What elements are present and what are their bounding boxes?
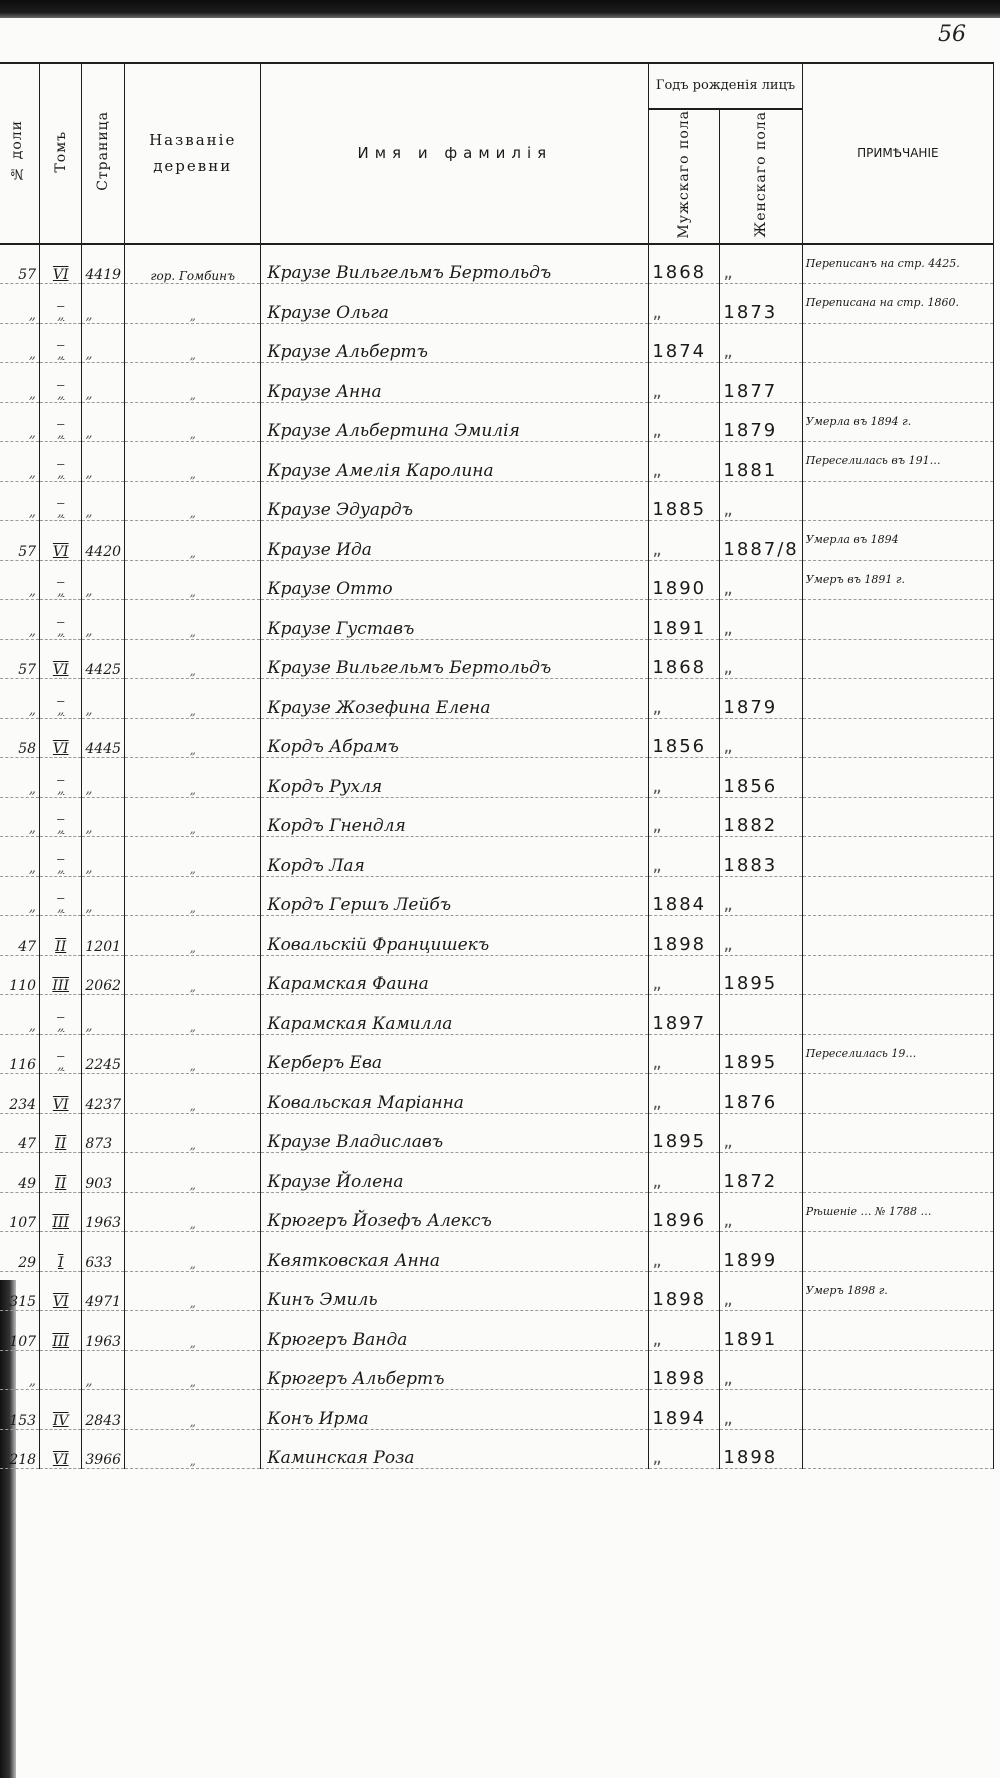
cell-notes [802, 837, 993, 877]
cell-female-birth-year: „ [720, 323, 802, 363]
cell-person-name: Кордъ Рухля [261, 758, 649, 798]
cell-village: „ [125, 1271, 261, 1311]
cell-male-birth-year: „ [649, 1429, 720, 1469]
cell-volume: „ [40, 1034, 82, 1074]
table-row: 234VI4237„Ковальская Маріанна„1876 [0, 1074, 994, 1114]
cell-village: „ [125, 560, 261, 600]
cell-village: „ [125, 1429, 261, 1469]
scan-top-edge [0, 0, 1000, 18]
cell-female-birth-year: 1879 [720, 402, 802, 442]
cell-person-name: Краузе Отто [261, 560, 649, 600]
table-row: „„„„Кордъ Рухля„1856 [0, 758, 994, 798]
cell-page: „ [82, 995, 125, 1035]
cell-notes [802, 1232, 993, 1272]
cell-female-birth-year: 1887/8 [720, 521, 802, 561]
cell-village: гор. Гомбинъ [125, 244, 261, 284]
table-row: 29I633„Квятковская Анна„1899 [0, 1232, 994, 1272]
cell-village: „ [125, 1311, 261, 1351]
cell-notes: Умерла въ 1894 г. [802, 402, 993, 442]
cell-female-birth-year: 1872 [720, 1153, 802, 1193]
cell-village: „ [125, 758, 261, 798]
cell-male-birth-year: „ [649, 797, 720, 837]
cell-volume: II [40, 1113, 82, 1153]
cell-notes: Умеръ въ 1891 г. [802, 560, 993, 600]
cell-volume: „ [40, 284, 82, 324]
cell-village: „ [125, 1192, 261, 1232]
cell-volume: II [40, 916, 82, 956]
header-page: Страница [82, 63, 125, 244]
cell-page: 873 [82, 1113, 125, 1153]
cell-female-birth-year: „ [720, 718, 802, 758]
cell-notes [802, 1350, 993, 1390]
cell-village: „ [125, 1153, 261, 1193]
cell-row-number: „ [0, 679, 40, 719]
cell-notes [802, 876, 993, 916]
cell-person-name: Краузе Ольга [261, 284, 649, 324]
header-village: Названіе деревни [125, 63, 261, 244]
cell-village: „ [125, 639, 261, 679]
cell-notes [802, 1390, 993, 1430]
table-row: 57VI4420„Краузе Ида„1887/8Умерла въ 1894 [0, 521, 994, 561]
cell-row-number: „ [0, 758, 40, 798]
cell-page: 633 [82, 1232, 125, 1272]
table-row: „„„„Краузе Ольга„1873Переписана на стр. … [0, 284, 994, 324]
cell-volume: „ [40, 323, 82, 363]
cell-person-name: Краузе Амелія Каролина [261, 442, 649, 482]
cell-female-birth-year: 1873 [720, 284, 802, 324]
cell-person-name: Кордъ Гершъ Лейбъ [261, 876, 649, 916]
register-table: № доли Томъ Страница Названіе деревни Им… [0, 62, 994, 1469]
cell-page: „ [82, 323, 125, 363]
cell-female-birth-year [720, 995, 802, 1035]
cell-village: „ [125, 284, 261, 324]
cell-notes [802, 1429, 993, 1469]
cell-female-birth-year: 1895 [720, 1034, 802, 1074]
cell-village: „ [125, 521, 261, 561]
cell-volume: VI [40, 244, 82, 284]
table-row: „„„„Краузе Альбертъ1874„ [0, 323, 994, 363]
table-row: „„„„Краузе Жозефина Елена„1879 [0, 679, 994, 719]
table-row: 57VI4425„Краузе Вильгельмъ Бертольдъ1868… [0, 639, 994, 679]
cell-row-number: „ [0, 876, 40, 916]
cell-village: „ [125, 1390, 261, 1430]
cell-male-birth-year: 1868 [649, 639, 720, 679]
cell-volume: „ [40, 402, 82, 442]
cell-male-birth-year: „ [649, 402, 720, 442]
cell-row-number: „ [0, 363, 40, 403]
cell-female-birth-year: 1899 [720, 1232, 802, 1272]
cell-person-name: Краузе Вильгельмъ Бертольдъ [261, 639, 649, 679]
cell-male-birth-year: 1868 [649, 244, 720, 284]
cell-male-birth-year: „ [649, 1311, 720, 1351]
cell-page: „ [82, 679, 125, 719]
table-row: 49II903„Краузе Йолена„1872 [0, 1153, 994, 1193]
cell-page: 2245 [82, 1034, 125, 1074]
cell-male-birth-year: 1894 [649, 1390, 720, 1430]
cell-female-birth-year: „ [720, 600, 802, 640]
cell-volume: VI [40, 1429, 82, 1469]
cell-female-birth-year: 1879 [720, 679, 802, 719]
cell-village: „ [125, 442, 261, 482]
cell-volume: VI [40, 1271, 82, 1311]
cell-person-name: Краузе Вильгельмъ Бертольдъ [261, 244, 649, 284]
cell-notes [802, 600, 993, 640]
cell-page: 3966 [82, 1429, 125, 1469]
header-no: № доли [0, 63, 40, 244]
cell-male-birth-year: 1897 [649, 995, 720, 1035]
cell-volume: VI [40, 1074, 82, 1114]
cell-person-name: Конъ Ирма [261, 1390, 649, 1430]
cell-notes [802, 1311, 993, 1351]
cell-person-name: Кордъ Гнендля [261, 797, 649, 837]
cell-row-number: 218 [0, 1429, 40, 1469]
table-row: 47II1201„Ковальскій Францишекъ1898„ [0, 916, 994, 956]
cell-male-birth-year: „ [649, 363, 720, 403]
cell-page: 1201 [82, 916, 125, 956]
cell-page: „ [82, 758, 125, 798]
cell-volume: VI [40, 718, 82, 758]
cell-person-name: Кордъ Абрамъ [261, 718, 649, 758]
cell-page: 903 [82, 1153, 125, 1193]
cell-volume: „ [40, 600, 82, 640]
cell-notes [802, 1074, 993, 1114]
cell-notes [802, 718, 993, 758]
table-row: 116„2245„Керберъ Ева„1895Переселилась 19… [0, 1034, 994, 1074]
cell-male-birth-year: 1895 [649, 1113, 720, 1153]
cell-page: „ [82, 481, 125, 521]
cell-row-number: 47 [0, 1113, 40, 1153]
cell-male-birth-year: „ [649, 758, 720, 798]
header-notes: ПРИМѢЧАНІЕ [802, 63, 993, 244]
header-female: Женскаго пола [720, 109, 802, 244]
cell-person-name: Кордъ Лая [261, 837, 649, 877]
cell-row-number: 57 [0, 639, 40, 679]
cell-row-number: „ [0, 323, 40, 363]
cell-notes [802, 481, 993, 521]
cell-female-birth-year: „ [720, 916, 802, 956]
cell-female-birth-year: 1882 [720, 797, 802, 837]
cell-page: 1963 [82, 1311, 125, 1351]
cell-volume: III [40, 1311, 82, 1351]
cell-page: „ [82, 402, 125, 442]
cell-male-birth-year: „ [649, 1034, 720, 1074]
cell-female-birth-year: „ [720, 244, 802, 284]
cell-male-birth-year: „ [649, 1153, 720, 1193]
cell-page: 2062 [82, 955, 125, 995]
cell-volume: „ [40, 481, 82, 521]
cell-female-birth-year: 1876 [720, 1074, 802, 1114]
cell-row-number: „ [0, 1350, 40, 1390]
cell-person-name: Краузе Йолена [261, 1153, 649, 1193]
cell-male-birth-year: 1856 [649, 718, 720, 758]
cell-female-birth-year: 1881 [720, 442, 802, 482]
cell-page: „ [82, 560, 125, 600]
cell-notes: Умеръ 1898 г. [802, 1271, 993, 1311]
cell-person-name: Ковальская Маріанна [261, 1074, 649, 1114]
cell-volume: VI [40, 521, 82, 561]
table-row: 57VI4419гор. ГомбинъКраузе Вильгельмъ Бе… [0, 244, 994, 284]
cell-notes [802, 995, 993, 1035]
cell-male-birth-year: „ [649, 1232, 720, 1272]
cell-male-birth-year: „ [649, 521, 720, 561]
cell-village: „ [125, 1350, 261, 1390]
table-row: 315VI4971„Кинъ Эмиль1898„Умеръ 1898 г. [0, 1271, 994, 1311]
cell-row-number: 116 [0, 1034, 40, 1074]
cell-person-name: Краузе Анна [261, 363, 649, 403]
cell-village: „ [125, 837, 261, 877]
cell-female-birth-year: 1856 [720, 758, 802, 798]
cell-female-birth-year: „ [720, 876, 802, 916]
table-row: „„„„Краузе Отто1890„Умеръ въ 1891 г. [0, 560, 994, 600]
cell-female-birth-year: 1895 [720, 955, 802, 995]
cell-volume: VI [40, 639, 82, 679]
cell-volume: „ [40, 442, 82, 482]
cell-village: „ [125, 955, 261, 995]
cell-person-name: Краузе Владиславъ [261, 1113, 649, 1153]
cell-female-birth-year: „ [720, 1192, 802, 1232]
cell-page: „ [82, 1350, 125, 1390]
cell-male-birth-year: 1885 [649, 481, 720, 521]
cell-volume: „ [40, 797, 82, 837]
cell-row-number: 234 [0, 1074, 40, 1114]
table-row: 47II873„Краузе Владиславъ1895„ [0, 1113, 994, 1153]
cell-village: „ [125, 876, 261, 916]
cell-female-birth-year: „ [720, 639, 802, 679]
cell-row-number: 57 [0, 521, 40, 561]
cell-village: „ [125, 679, 261, 719]
cell-page: 4971 [82, 1271, 125, 1311]
cell-notes [802, 758, 993, 798]
cell-page: „ [82, 284, 125, 324]
table-row: „„„„Кордъ Гершъ Лейбъ1884„ [0, 876, 994, 916]
cell-female-birth-year: 1891 [720, 1311, 802, 1351]
cell-male-birth-year: 1898 [649, 1271, 720, 1311]
table-row: 153IV2843„Конъ Ирма1894„ [0, 1390, 994, 1430]
header-male: Мужскаго пола [649, 109, 720, 244]
cell-volume: III [40, 1192, 82, 1232]
register-rows: 57VI4419гор. ГомбинъКраузе Вильгельмъ Бе… [0, 244, 994, 1469]
cell-village: „ [125, 323, 261, 363]
cell-person-name: Каминская Роза [261, 1429, 649, 1469]
cell-volume [40, 1350, 82, 1390]
table-row: 58VI4445„Кордъ Абрамъ1856„ [0, 718, 994, 758]
cell-person-name: Краузе Густавъ [261, 600, 649, 640]
cell-person-name: Крюгеръ Ванда [261, 1311, 649, 1351]
cell-notes: Переписана на стр. 1860. [802, 284, 993, 324]
table-row: „„„Крюгеръ Альбертъ1898„ [0, 1350, 994, 1390]
cell-row-number: 57 [0, 244, 40, 284]
cell-page: „ [82, 363, 125, 403]
cell-row-number: „ [0, 402, 40, 442]
cell-person-name: Краузе Ида [261, 521, 649, 561]
cell-row-number: „ [0, 442, 40, 482]
cell-page: „ [82, 442, 125, 482]
cell-village: „ [125, 402, 261, 442]
cell-village: „ [125, 797, 261, 837]
cell-notes [802, 1153, 993, 1193]
cell-male-birth-year: 1891 [649, 600, 720, 640]
cell-row-number: 107 [0, 1192, 40, 1232]
table-row: „„„„Карамская Камилла1897 [0, 995, 994, 1035]
cell-village: „ [125, 600, 261, 640]
cell-volume: „ [40, 560, 82, 600]
cell-volume: IV [40, 1390, 82, 1430]
cell-female-birth-year: „ [720, 1271, 802, 1311]
cell-village: „ [125, 363, 261, 403]
cell-volume: „ [40, 758, 82, 798]
cell-village: „ [125, 916, 261, 956]
cell-village: „ [125, 481, 261, 521]
cell-notes [802, 797, 993, 837]
table-row: „„„„Кордъ Гнендля„1882 [0, 797, 994, 837]
cell-notes [802, 363, 993, 403]
cell-volume: „ [40, 679, 82, 719]
cell-male-birth-year: 1898 [649, 916, 720, 956]
table-row: 107III1963„Крюгеръ Йозефъ Алексъ1896„Рѣш… [0, 1192, 994, 1232]
table-row: 218VI3966„Каминская Роза„1898 [0, 1429, 994, 1469]
cell-person-name: Кинъ Эмиль [261, 1271, 649, 1311]
cell-volume: „ [40, 995, 82, 1035]
cell-male-birth-year: 1874 [649, 323, 720, 363]
cell-row-number: „ [0, 837, 40, 877]
cell-row-number: „ [0, 284, 40, 324]
cell-page: 4237 [82, 1074, 125, 1114]
table-row: 107III1963„Крюгеръ Ванда„1891 [0, 1311, 994, 1351]
cell-person-name: Карамская Камилла [261, 995, 649, 1035]
table-row: „„„„Краузе Амелія Каролина„1881Переселил… [0, 442, 994, 482]
cell-row-number: „ [0, 481, 40, 521]
cell-volume: „ [40, 837, 82, 877]
cell-page: „ [82, 600, 125, 640]
header-birth-year: Годъ рожденія лицъ [649, 63, 802, 109]
cell-row-number: „ [0, 995, 40, 1035]
cell-female-birth-year: „ [720, 1113, 802, 1153]
cell-person-name: Ковальскій Францишекъ [261, 916, 649, 956]
cell-row-number: 58 [0, 718, 40, 758]
cell-person-name: Квятковская Анна [261, 1232, 649, 1272]
cell-female-birth-year: 1883 [720, 837, 802, 877]
cell-person-name: Краузе Альбертъ [261, 323, 649, 363]
cell-male-birth-year: 1884 [649, 876, 720, 916]
cell-village: „ [125, 1232, 261, 1272]
cell-notes: Рѣшеніе … № 1788 … [802, 1192, 993, 1232]
cell-page: 1963 [82, 1192, 125, 1232]
cell-row-number: 49 [0, 1153, 40, 1193]
cell-person-name: Краузе Эдуардъ [261, 481, 649, 521]
table-row: „„„„Краузе Альбертина Эмилія„1879Умерла … [0, 402, 994, 442]
table-row: „„„„Краузе Эдуардъ1885„ [0, 481, 994, 521]
cell-notes: Переписанъ на стр. 4425. [802, 244, 993, 284]
cell-village: „ [125, 718, 261, 758]
cell-village: „ [125, 1074, 261, 1114]
cell-female-birth-year: 1877 [720, 363, 802, 403]
cell-village: „ [125, 1113, 261, 1153]
header-volume: Томъ [40, 63, 82, 244]
cell-row-number: 47 [0, 916, 40, 956]
cell-female-birth-year: „ [720, 1390, 802, 1430]
cell-male-birth-year: „ [649, 442, 720, 482]
cell-male-birth-year: „ [649, 955, 720, 995]
cell-page: „ [82, 797, 125, 837]
cell-row-number: 110 [0, 955, 40, 995]
cell-row-number: 29 [0, 1232, 40, 1272]
cell-page: 4419 [82, 244, 125, 284]
cell-volume: „ [40, 876, 82, 916]
cell-notes [802, 955, 993, 995]
cell-person-name: Крюгеръ Йозефъ Алексъ [261, 1192, 649, 1232]
page-number: 56 [938, 22, 966, 47]
cell-person-name: Керберъ Ева [261, 1034, 649, 1074]
cell-volume: I [40, 1232, 82, 1272]
cell-row-number: „ [0, 560, 40, 600]
cell-notes [802, 639, 993, 679]
cell-page: 2843 [82, 1390, 125, 1430]
cell-page: „ [82, 876, 125, 916]
cell-person-name: Краузе Жозефина Елена [261, 679, 649, 719]
cell-male-birth-year: 1896 [649, 1192, 720, 1232]
cell-notes: Умерла въ 1894 [802, 521, 993, 561]
cell-row-number: 153 [0, 1390, 40, 1430]
cell-volume: III [40, 955, 82, 995]
cell-male-birth-year: „ [649, 1074, 720, 1114]
cell-village: „ [125, 1034, 261, 1074]
cell-male-birth-year: „ [649, 284, 720, 324]
table-row: „„„„Краузе Анна„1877 [0, 363, 994, 403]
cell-female-birth-year: „ [720, 1350, 802, 1390]
cell-male-birth-year: „ [649, 679, 720, 719]
cell-male-birth-year: „ [649, 837, 720, 877]
cell-female-birth-year: „ [720, 481, 802, 521]
cell-female-birth-year: „ [720, 560, 802, 600]
cell-village: „ [125, 995, 261, 1035]
cell-row-number: 315 [0, 1271, 40, 1311]
cell-male-birth-year: 1898 [649, 1350, 720, 1390]
cell-notes [802, 323, 993, 363]
cell-row-number: 107 [0, 1311, 40, 1351]
table-row: 110III2062„Карамская Фаина„1895 [0, 955, 994, 995]
cell-person-name: Краузе Альбертина Эмилія [261, 402, 649, 442]
cell-person-name: Карамская Фаина [261, 955, 649, 995]
cell-notes [802, 1113, 993, 1153]
cell-female-birth-year: 1898 [720, 1429, 802, 1469]
cell-page: 4445 [82, 718, 125, 758]
cell-notes [802, 916, 993, 956]
cell-page: 4425 [82, 639, 125, 679]
table-row: „„„„Кордъ Лая„1883 [0, 837, 994, 877]
header-name: Имя и фамилія [261, 63, 649, 244]
cell-notes: Переселилась въ 191… [802, 442, 993, 482]
cell-male-birth-year: 1890 [649, 560, 720, 600]
cell-volume: „ [40, 363, 82, 403]
cell-page: „ [82, 837, 125, 877]
cell-page: 4420 [82, 521, 125, 561]
table-row: „„„„Краузе Густавъ1891„ [0, 600, 994, 640]
cell-volume: II [40, 1153, 82, 1193]
cell-row-number: „ [0, 600, 40, 640]
cell-notes: Переселилась 19… [802, 1034, 993, 1074]
cell-row-number: „ [0, 797, 40, 837]
cell-person-name: Крюгеръ Альбертъ [261, 1350, 649, 1390]
cell-notes [802, 679, 993, 719]
